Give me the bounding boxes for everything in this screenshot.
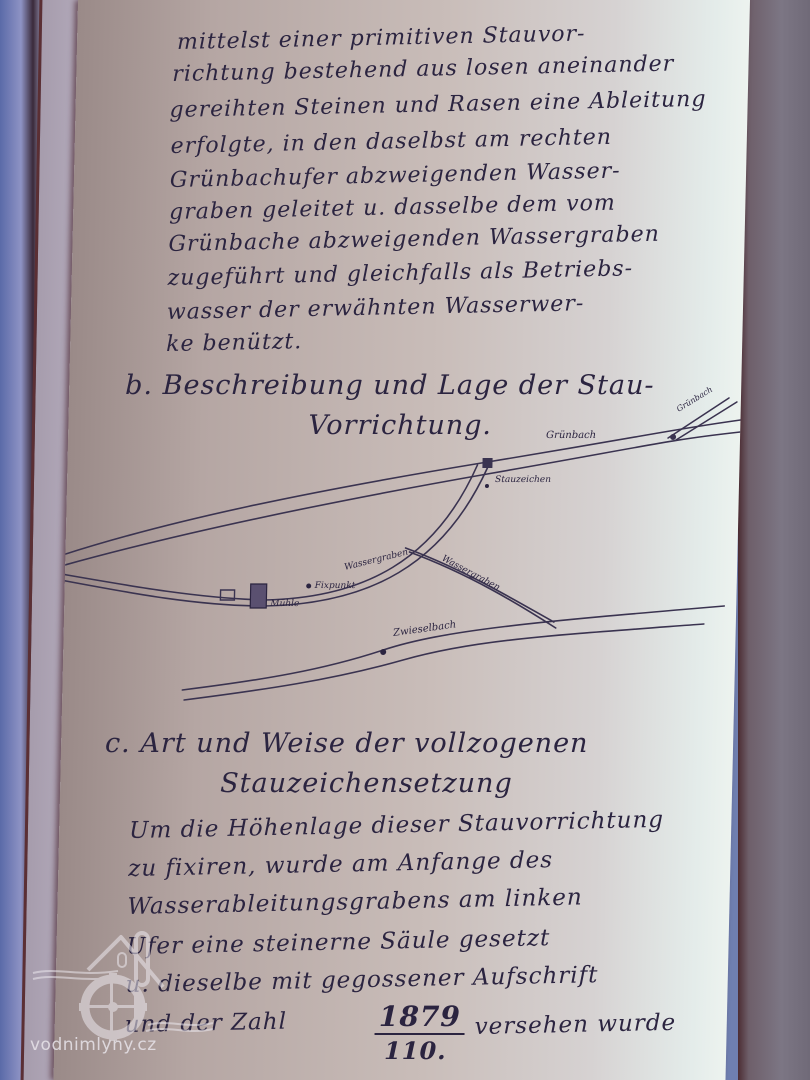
- mill-building-icon: [250, 584, 267, 608]
- label-fixpunkt: Fixpunkt: [314, 581, 356, 591]
- canal-upper-bank1: [53, 465, 477, 600]
- background-right: [738, 0, 810, 1080]
- watermark-text: vodnimlyny.cz: [30, 1035, 157, 1055]
- label-stauzeichen: Stauzeichen: [495, 475, 551, 485]
- label-muhle: Mühle: [269, 599, 299, 609]
- canal-upper-bank2: [53, 468, 487, 606]
- fraction-numerator: 1879: [375, 1000, 466, 1035]
- fixpoint-dot: [306, 584, 311, 589]
- stau-mark-dot: [485, 484, 489, 488]
- label-zwieselbach: Zwieselbach: [392, 619, 457, 639]
- label-wassergraben-upper: Wassergraben: [344, 547, 410, 572]
- fraction-denominator: 110.: [384, 1036, 447, 1065]
- weir-mark-2: [670, 434, 676, 440]
- weir-mark: [482, 458, 492, 468]
- label-wassergraben-lower: Wassergraben: [440, 554, 502, 593]
- manuscript-page: mittelst einer primitiven Stauvor- richt…: [53, 0, 750, 1080]
- label-grunbach: Grünbach: [546, 430, 596, 441]
- section-c-heading-cont: Stauzeichensetzung: [220, 768, 513, 799]
- canal-lower-bank2: [408, 552, 558, 628]
- text-line-end: versehen wurde: [475, 1010, 677, 1040]
- label-grunbach-tributary: Grünbach: [675, 385, 714, 414]
- section-c-heading: c. Art und Weise der vollzogenen: [105, 728, 589, 759]
